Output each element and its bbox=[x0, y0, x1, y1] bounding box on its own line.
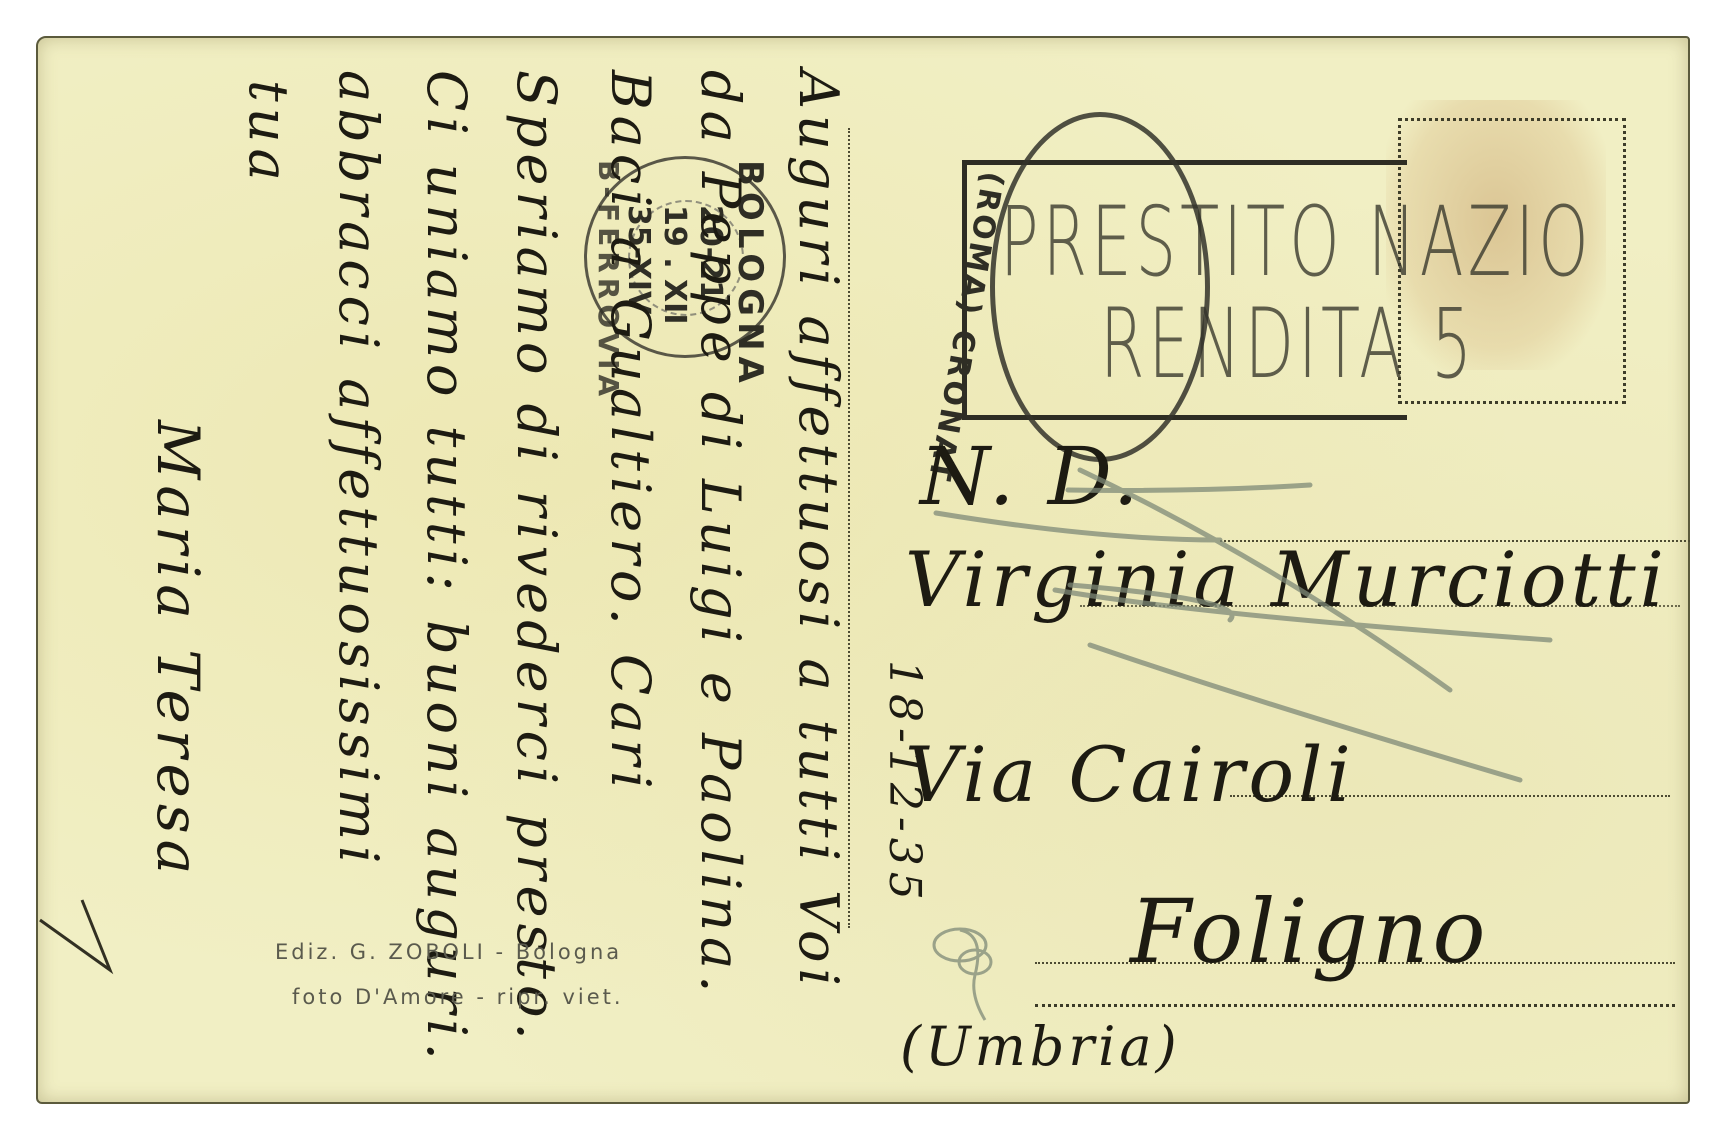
signature-flourish bbox=[40, 900, 110, 970]
pencil-doodle bbox=[934, 929, 991, 1020]
pencil-cancel-strokes bbox=[0, 0, 1723, 1135]
